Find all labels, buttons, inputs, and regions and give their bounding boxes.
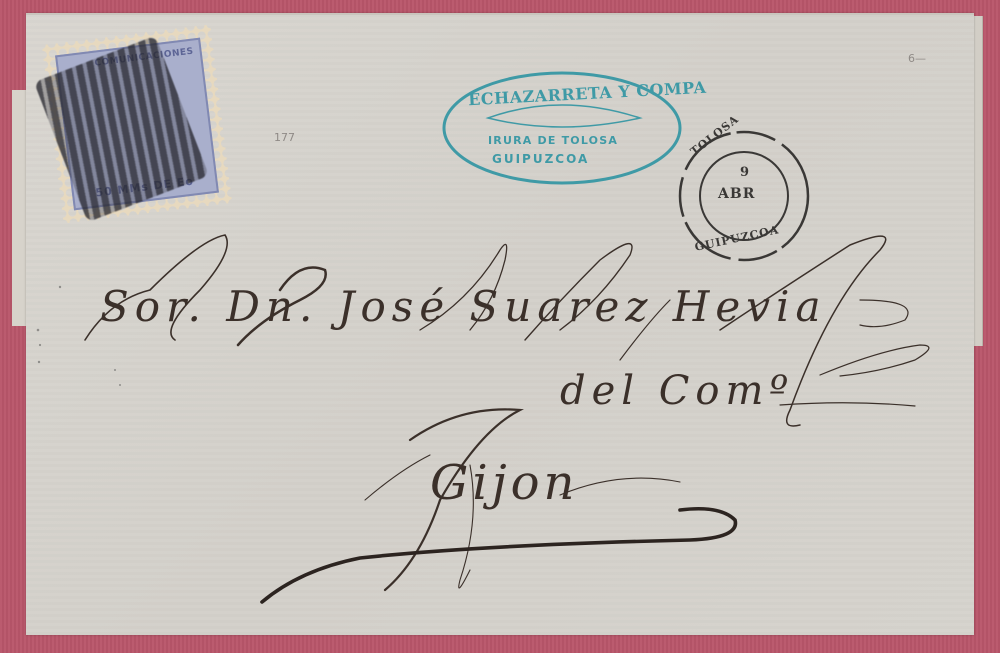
address-line-2: del Comº bbox=[560, 368, 794, 414]
cachet-inner-lens bbox=[488, 105, 640, 127]
address-line-1: Sor. Dn. José Suarez Hevia bbox=[100, 282, 827, 331]
cachet-province: GUIPUZCOA bbox=[492, 152, 589, 166]
pencil-note: 177 bbox=[274, 131, 295, 144]
postmark-month: ABR bbox=[718, 186, 755, 202]
postage-stamp: COMUNICACIONES 50 MMs DE Eo bbox=[42, 24, 233, 223]
stamp-design: COMUNICACIONES 50 MMs DE Eo bbox=[55, 38, 219, 211]
pencil-note: 6— bbox=[908, 52, 926, 65]
postmark-day: 9 bbox=[740, 165, 749, 180]
address-line-3: Gijon bbox=[430, 455, 578, 511]
cachet-town: IRURA DE TOLOSA bbox=[488, 134, 618, 147]
underline-flourish bbox=[262, 509, 735, 602]
